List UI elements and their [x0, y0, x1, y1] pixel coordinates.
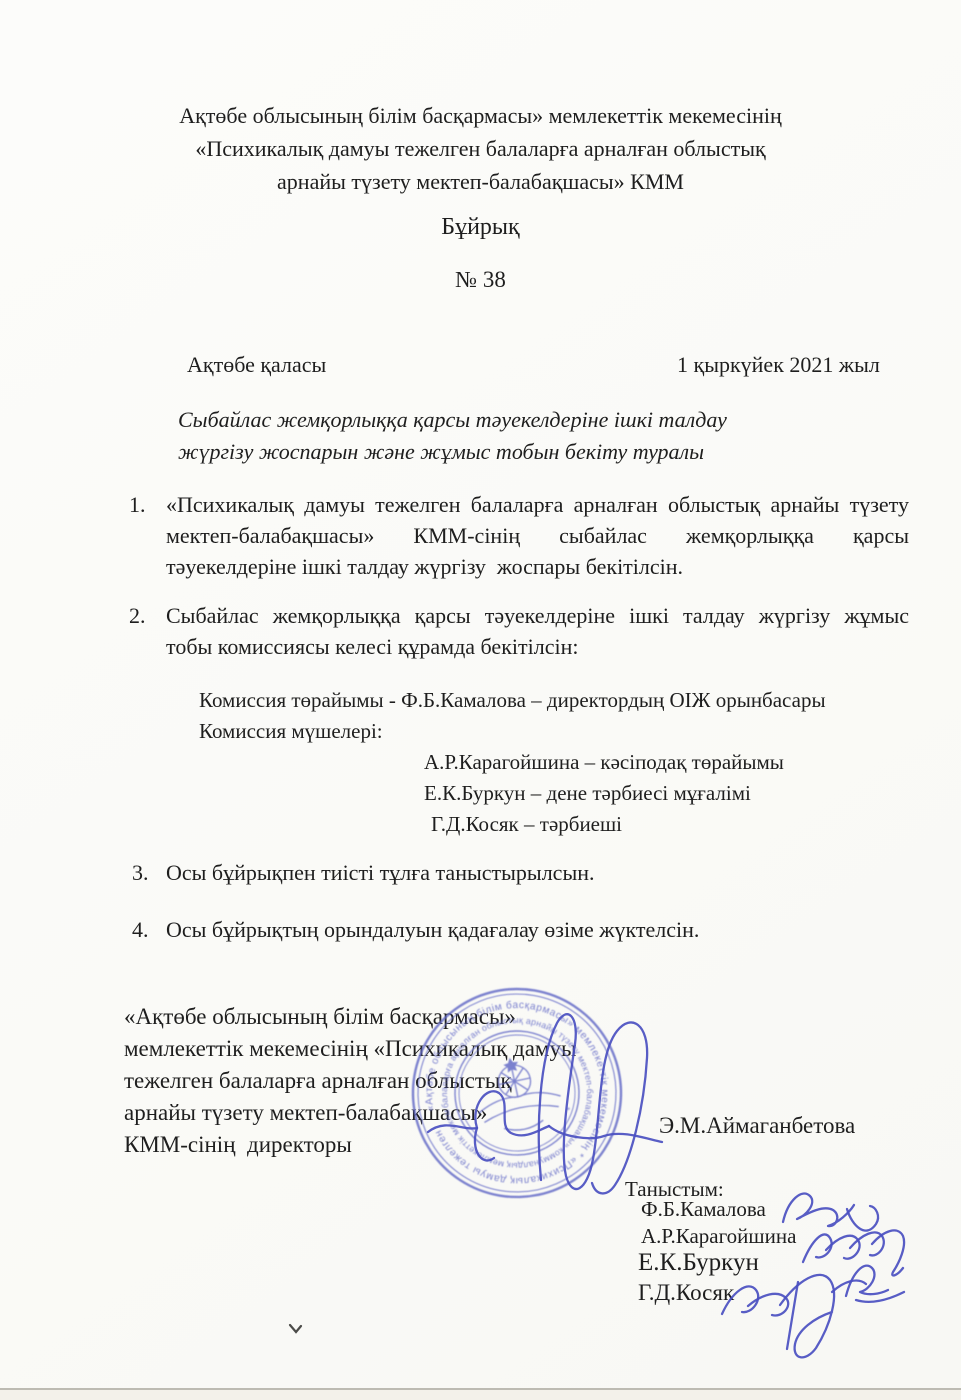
header-line-3: арнайы түзету мектеп-балабақшасы» КММ [0, 165, 961, 198]
ack-name-burkun: Е.К.Буркун [638, 1249, 759, 1277]
signature-karagoishina [803, 1230, 904, 1275]
closing-line-3: тежелген балаларға арналған облыстық [124, 1065, 576, 1097]
director-name: Э.М.Аймаганбетова [659, 1113, 855, 1139]
commission-member-1: А.Р.Карагойшина – кәсіподақ төрайымы [424, 750, 784, 775]
item-1-text: «Психикалық дамуы тежелген балаларға арн… [166, 489, 909, 582]
order-subject: Сыбайлас жемқорлыққа қарсы тәуекелдеріне… [178, 404, 727, 468]
ack-name-karagoishina: А.Р.Карагойшина [641, 1224, 796, 1249]
ack-name-kosyak: Г.Д.Косяк [638, 1280, 734, 1306]
item-4-text: Осы бұйрықтың орындалуын қадағалау өзіме… [166, 914, 699, 945]
commission-chair-line: Комиссия төрайымы - Ф.Б.Камалова – дирек… [199, 688, 826, 713]
item-1-line-2: мектеп-балабақшасы» КММ-сінің сыбайлас ж… [166, 520, 909, 551]
document-header: Ақтөбе облысының білім басқармасы» мемле… [0, 99, 961, 198]
item-1-line-1: «Психикалық дамуы тежелген балаларға арн… [166, 489, 909, 520]
item-3-number: 3. [132, 857, 149, 888]
commission-member-3: Г.Д.Косяк – тәрбиеші [431, 812, 622, 837]
order-number: № 38 [0, 267, 961, 293]
signature-kamalova [783, 1194, 878, 1231]
closing-line-1: «Ақтөбе облысының білім басқармасы» [124, 1001, 576, 1033]
city-label: Ақтөбе қаласы [187, 352, 326, 378]
closing-block: «Ақтөбе облысының білім басқармасы» мемл… [124, 1001, 576, 1161]
scan-artifact-mark [290, 1325, 301, 1332]
item-2-line-2: тобы комиссиясы келесі құрамда бекітілсі… [166, 631, 909, 662]
commission-members-label: Комиссия мүшелері: [199, 719, 383, 744]
commission-member-2: Е.К.Буркун – дене тәрбиесі мұғалімі [424, 781, 751, 806]
subject-line-2: жүргізу жоспарын және жұмыс тобын бекіту… [178, 436, 727, 468]
item-2-line-1: Сыбайлас жемқорлыққа қарсы тәуекелдеріне… [166, 600, 909, 631]
closing-line-5: КММ-сінің директоры [124, 1129, 576, 1161]
item-4-number: 4. [132, 914, 149, 945]
signature-burkun [846, 1266, 904, 1302]
item-2-number: 2. [129, 600, 146, 631]
header-line-2: «Психикалық дамуы тежелген балаларға арн… [0, 132, 961, 165]
scanner-edge-footer [0, 1390, 961, 1400]
item-2-text: Сыбайлас жемқорлыққа қарсы тәуекелдеріне… [166, 600, 909, 662]
closing-line-4: арнайы түзету мектеп-балабақшасы» [124, 1097, 576, 1129]
scanned-order-document: Ақтөбе облысының білім басқармасы» мемле… [0, 0, 961, 1400]
subject-line-1: Сыбайлас жемқорлыққа қарсы тәуекелдеріне… [178, 404, 727, 436]
order-title: Бұйрық [0, 214, 961, 241]
closing-line-2: мемлекеттік мекемесінің «Психикалық даму… [124, 1033, 576, 1065]
item-3-text: Осы бұйрықпен тиісті тұлға таныстырылсын… [166, 857, 595, 888]
header-line-1: Ақтөбе облысының білім басқармасы» мемле… [0, 99, 961, 132]
signature-kosyak [722, 1275, 866, 1357]
date-label: 1 қыркүйек 2021 жыл [677, 352, 880, 378]
item-1-line-3: тәуекелдеріне ішкі талдау жүргізу жоспар… [166, 551, 909, 582]
item-1-number: 1. [129, 489, 146, 520]
ack-name-kamalova: Ф.Б.Камалова [641, 1197, 766, 1222]
